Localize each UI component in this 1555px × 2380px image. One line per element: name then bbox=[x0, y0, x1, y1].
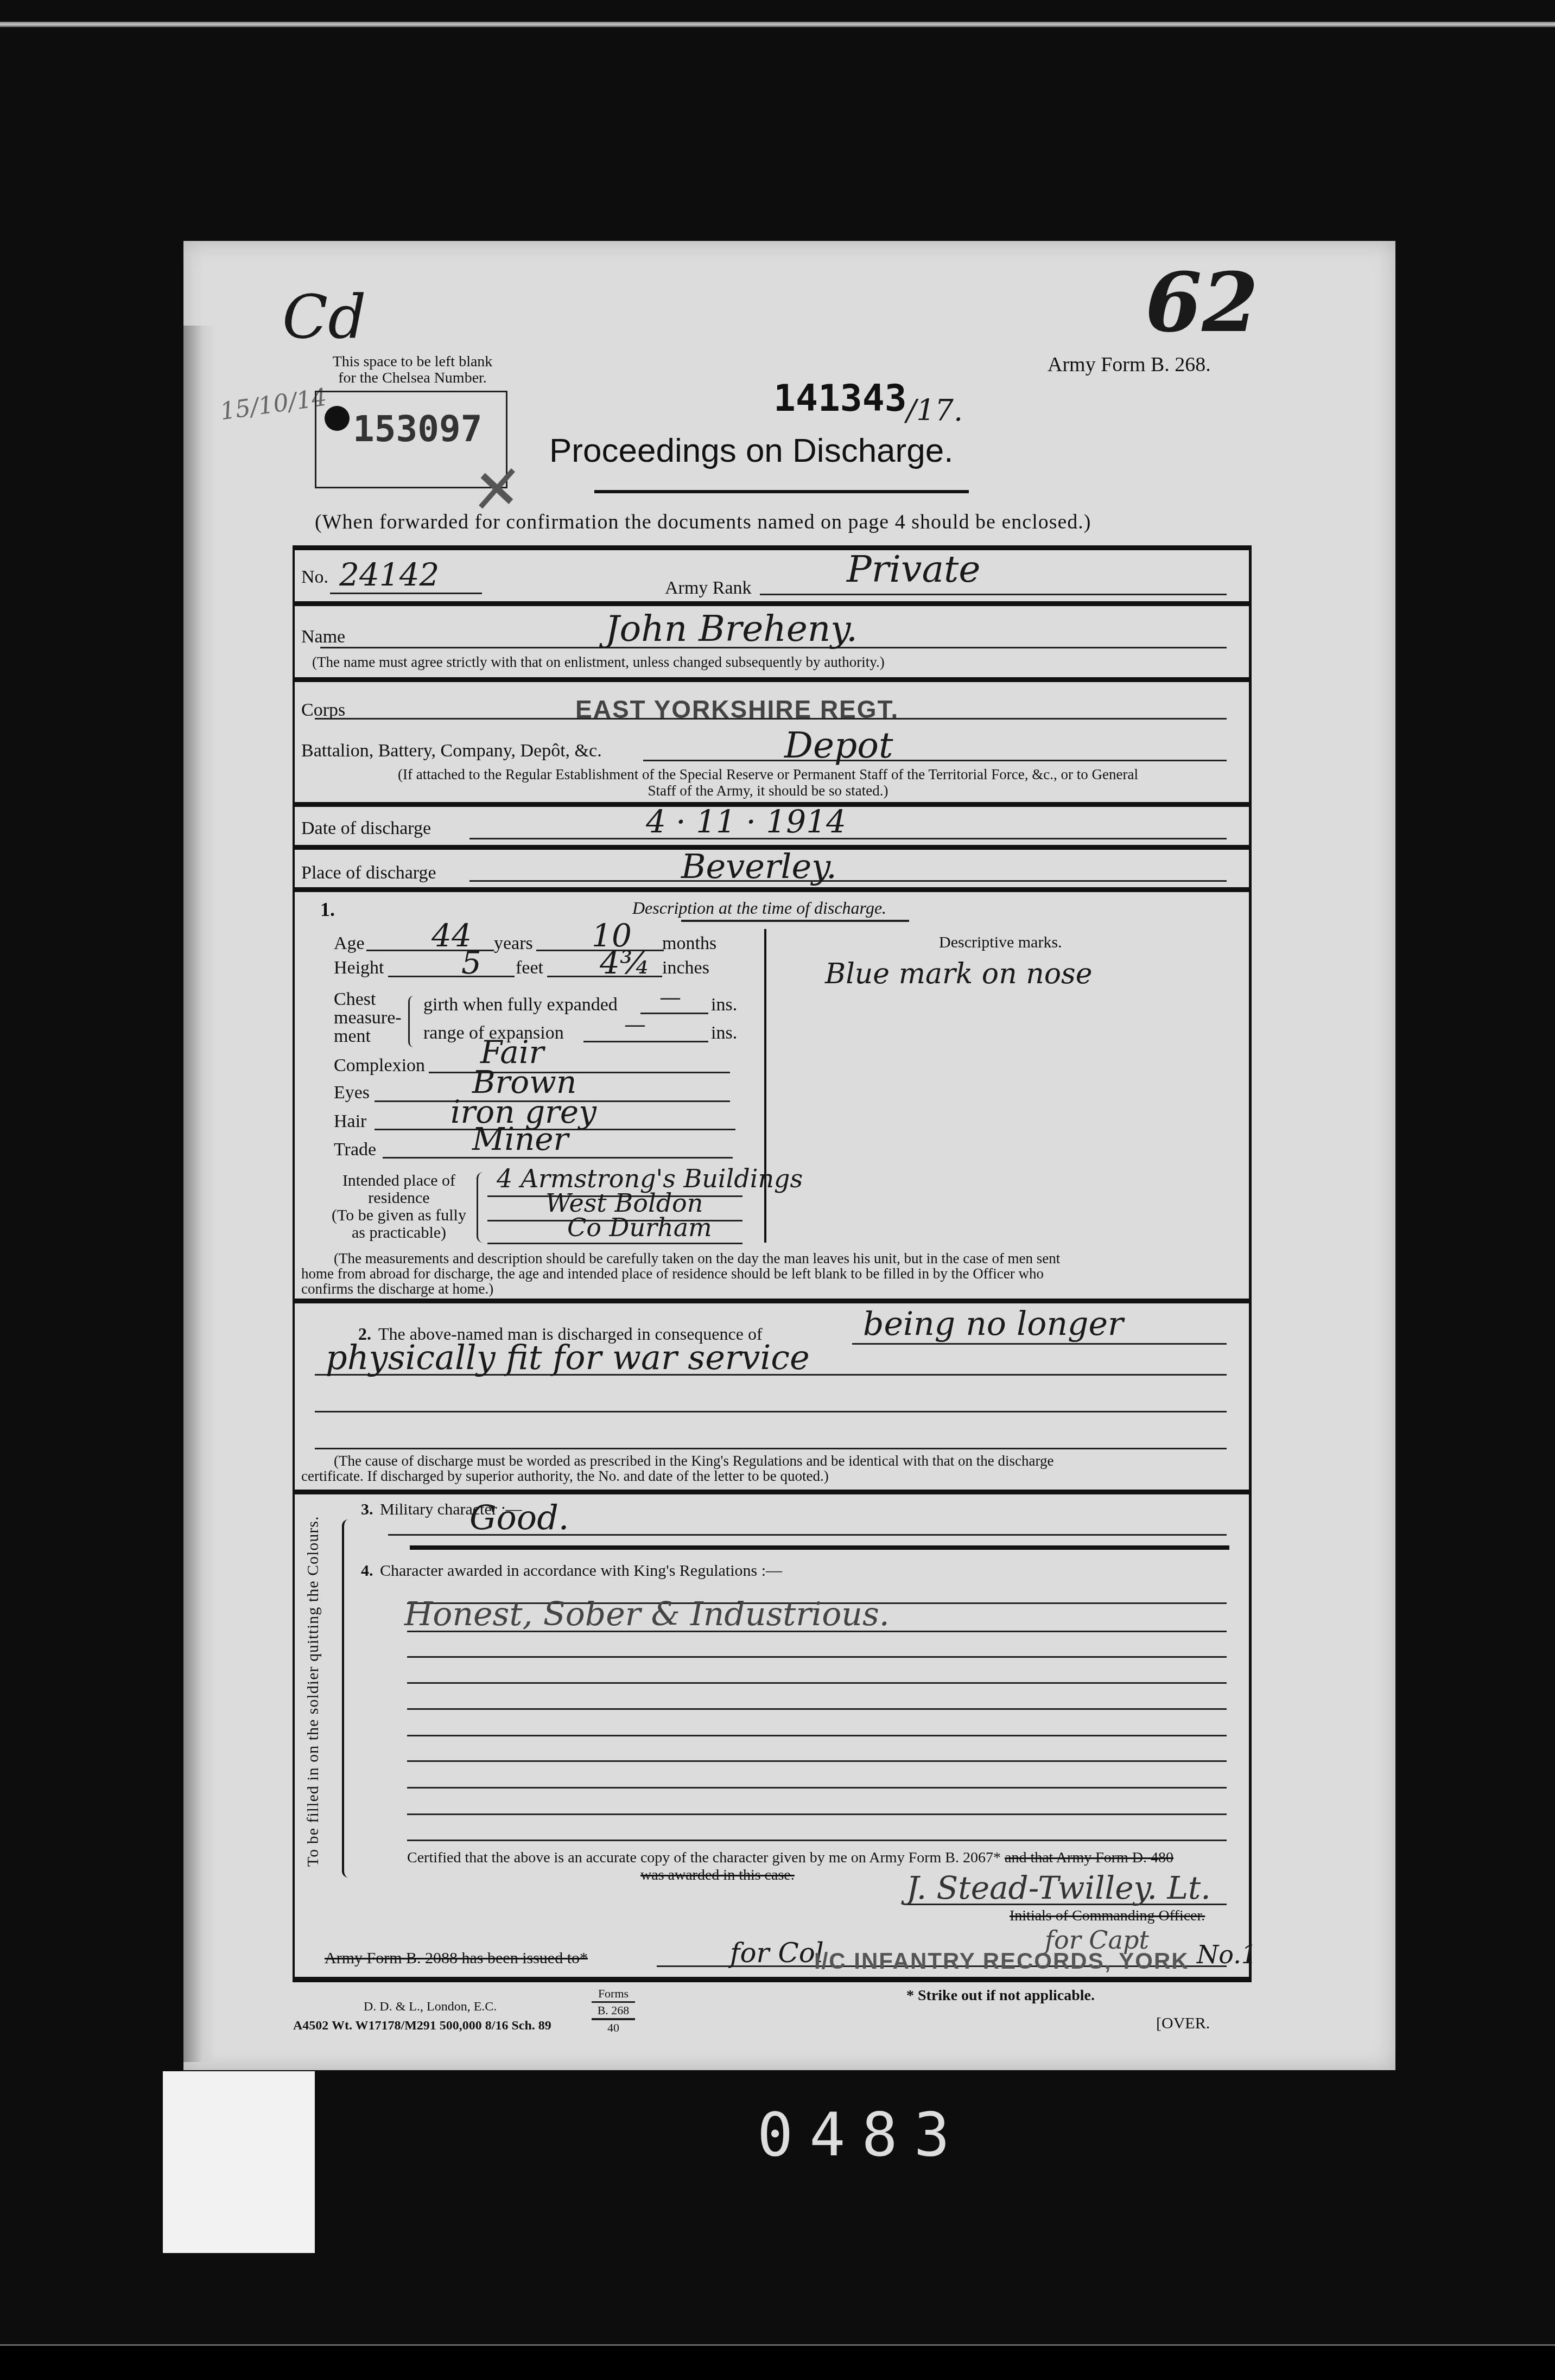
film-edge bbox=[0, 22, 1555, 27]
girth-line bbox=[640, 1013, 708, 1014]
cause-value-1[interactable]: being no longer bbox=[863, 1305, 1124, 1343]
chest-label: Chest measure- ment bbox=[334, 990, 402, 1046]
b2088-label: Army Form B. 2088 has been issued to* bbox=[325, 1949, 588, 1968]
chelsea-number: 153097 bbox=[353, 408, 482, 450]
section-1-number: 1. bbox=[320, 898, 335, 921]
chelsea-note-line: This space to be left blank bbox=[315, 354, 510, 370]
residence-line-2: West Boldon bbox=[497, 1191, 803, 1216]
section-rule bbox=[293, 545, 1252, 550]
section-rule bbox=[410, 1545, 1229, 1550]
chelsea-note-line: for the Chelsea Number. bbox=[315, 370, 510, 386]
complexion-label: Complexion bbox=[334, 1055, 425, 1076]
officer-signature[interactable]: J. Stead-Twilley. Lt. bbox=[906, 1869, 1211, 1906]
hair-label: Hair bbox=[334, 1111, 366, 1132]
measurements-note-line: confirms the discharge at home.) bbox=[301, 1281, 1235, 1296]
character-line bbox=[407, 1708, 1227, 1710]
height-inches[interactable]: 4¾ bbox=[600, 944, 650, 981]
section-rule bbox=[293, 1299, 1252, 1303]
inches-label: inches bbox=[662, 958, 709, 978]
battalion-label: Battalion, Battery, Company, Depôt, &c. bbox=[301, 741, 602, 761]
date-line bbox=[469, 838, 1227, 839]
chest-label-line: Chest bbox=[334, 990, 402, 1009]
rank-label: Army Rank bbox=[665, 578, 752, 599]
printer-imprint: D. D. & L., London, E.C. bbox=[364, 2000, 497, 2014]
height-label: Height bbox=[334, 958, 384, 978]
heading-rule bbox=[681, 920, 909, 922]
film-bottom-edge bbox=[0, 2344, 1555, 2380]
cause-note-line: certificate. If discharged by superior a… bbox=[301, 1468, 1235, 1484]
no-label: No. bbox=[301, 567, 328, 588]
forms-reference: Forms B. 268 40 bbox=[592, 1986, 635, 2035]
certified-struck-clause-2: was awarded in this case. bbox=[640, 1867, 795, 1884]
forms-label: Forms bbox=[592, 1986, 635, 2003]
for-col: for Col bbox=[730, 1937, 824, 1969]
height-feet-line bbox=[388, 976, 515, 977]
forms-number: B. 268 bbox=[592, 2003, 635, 2020]
residence-value[interactable]: 4 Armstrong's Buildings West Boldon Co D… bbox=[497, 1167, 803, 1240]
title-rule bbox=[594, 490, 969, 493]
chest-label-line: ment bbox=[334, 1027, 402, 1046]
army-rank[interactable]: Private bbox=[847, 548, 981, 591]
character-line bbox=[407, 1656, 1227, 1658]
character-brace bbox=[342, 1519, 352, 1878]
trade-value[interactable]: Miner bbox=[472, 1121, 568, 1157]
character-line bbox=[407, 1631, 1227, 1632]
eyes-label: Eyes bbox=[334, 1083, 370, 1103]
certified-statement: Certified that the above is an accurate … bbox=[407, 1849, 1001, 1866]
residence-label-line: as practicable) bbox=[318, 1224, 480, 1242]
battalion-note: (If attached to the Regular Establishmen… bbox=[301, 766, 1235, 799]
character-awarded[interactable]: Honest, Sober & Industrious. bbox=[404, 1595, 890, 1633]
girth-label: girth when fully expanded bbox=[423, 995, 618, 1015]
forms-sub: 40 bbox=[592, 2020, 635, 2035]
section-rule bbox=[293, 677, 1252, 682]
years-label: years bbox=[494, 933, 533, 954]
print-code: A4502 Wt. W17178/M291 500,000 8/16 Sch. … bbox=[293, 2019, 551, 2033]
battalion-note-line: Staff of the Army, it should be so state… bbox=[301, 782, 1235, 799]
certified-text: Certified that the above is an accurate … bbox=[407, 1849, 1173, 1867]
white-card bbox=[163, 2071, 315, 2253]
cause-line bbox=[852, 1343, 1227, 1345]
residence-label-line: Intended place of bbox=[318, 1172, 480, 1189]
discharge-date[interactable]: 4 · 11 · 1914 bbox=[646, 803, 846, 840]
residence-line bbox=[487, 1243, 742, 1244]
battalion-value[interactable]: Depot bbox=[784, 724, 893, 766]
residence-brace bbox=[477, 1172, 485, 1243]
character-line bbox=[407, 1813, 1227, 1815]
section-rule bbox=[293, 601, 1252, 606]
torn-paper-edge bbox=[183, 326, 216, 2062]
corps-stamp[interactable]: EAST YORKSHIRE REGT. bbox=[575, 695, 899, 724]
description-heading: Description at the time of discharge. bbox=[632, 898, 886, 918]
battalion-line bbox=[643, 760, 1227, 761]
months-label: months bbox=[662, 933, 716, 954]
battalion-note-line: (If attached to the Regular Establishmen… bbox=[301, 766, 1235, 782]
chest-brace bbox=[408, 996, 415, 1047]
place-line bbox=[469, 880, 1227, 882]
range-value[interactable]: — bbox=[624, 1012, 646, 1037]
soldier-name[interactable]: John Breheny. bbox=[605, 608, 858, 650]
certified-struck-clause: and that Army Form D. 480 bbox=[1005, 1849, 1173, 1866]
residence-label-line: residence bbox=[318, 1189, 480, 1207]
forwarding-instruction: (When forwarded for confirmation the doc… bbox=[315, 510, 1091, 534]
page-title: Proceedings on Discharge. bbox=[549, 431, 953, 470]
records-suffix: No.1 bbox=[1197, 1940, 1257, 1969]
residence-line-1: 4 Armstrong's Buildings bbox=[497, 1167, 803, 1191]
measurements-note-line: home from abroad for discharge, the age … bbox=[301, 1266, 1235, 1281]
cause-line bbox=[315, 1448, 1227, 1449]
chest-label-line: measure- bbox=[334, 1009, 402, 1027]
height-feet[interactable]: 5 bbox=[461, 944, 481, 981]
descriptive-marks[interactable]: Blue mark on nose bbox=[825, 958, 1092, 990]
top-left-initials: Cd bbox=[282, 282, 366, 352]
discharge-place[interactable]: Beverley. bbox=[681, 847, 837, 886]
section-rule bbox=[293, 1490, 1252, 1494]
reference-suffix: /17. bbox=[906, 393, 963, 428]
character-line bbox=[407, 1735, 1227, 1736]
character-line bbox=[407, 1787, 1227, 1789]
over-marker: [OVER. bbox=[1156, 2014, 1210, 2033]
top-right-number: 62 bbox=[1145, 255, 1259, 351]
date-label: Date of discharge bbox=[301, 818, 431, 839]
age-label: Age bbox=[334, 933, 365, 954]
chelsea-note: This space to be left blank for the Chel… bbox=[315, 354, 510, 386]
girth-value[interactable]: — bbox=[659, 985, 681, 1010]
character-line bbox=[407, 1760, 1227, 1762]
film-frame-number: 0483 bbox=[757, 2100, 966, 2169]
residence-line-3: Co Durham bbox=[497, 1216, 803, 1240]
place-label: Place of discharge bbox=[301, 863, 436, 883]
rank-line bbox=[760, 594, 1227, 595]
residence-label: Intended place of residence (To be given… bbox=[318, 1172, 480, 1242]
character-line bbox=[407, 1682, 1227, 1684]
initials-label: Initials of Commanding Officer. bbox=[1010, 1907, 1205, 1925]
trade-label: Trade bbox=[334, 1140, 376, 1160]
character-awarded-label: Character awarded in accordance with Kin… bbox=[380, 1562, 782, 1580]
measurements-note-line: (The measurements and description should… bbox=[301, 1251, 1235, 1266]
cause-line bbox=[315, 1411, 1227, 1412]
form-id: Army Form B. 268. bbox=[1048, 353, 1211, 377]
girth-ins-label: ins. bbox=[711, 995, 737, 1015]
range-line bbox=[583, 1041, 708, 1042]
section-4-number: 4. bbox=[361, 1562, 373, 1580]
residence-label-line: (To be given as fully bbox=[318, 1207, 480, 1224]
cause-note-line: (The cause of discharge must be worded a… bbox=[301, 1453, 1235, 1468]
section-rule bbox=[293, 887, 1252, 892]
name-note: (The name must agree strictly with that … bbox=[312, 654, 885, 671]
section-3-number: 3. bbox=[361, 1500, 373, 1519]
marks-label: Descriptive marks. bbox=[939, 933, 1062, 952]
range-ins-label: ins. bbox=[711, 1023, 737, 1043]
cause-value-2[interactable]: physically fit for war service bbox=[326, 1338, 810, 1377]
records-stamp: I/C INFANTRY RECORDS, YORK bbox=[814, 1948, 1189, 1974]
service-number[interactable]: 24142 bbox=[339, 556, 440, 593]
section-rule bbox=[293, 1977, 1252, 1982]
ink-dot bbox=[325, 406, 350, 431]
strike-note: * Strike out if not applicable. bbox=[906, 1987, 1095, 2004]
character-line bbox=[407, 1840, 1227, 1841]
cause-note: (The cause of discharge must be worded a… bbox=[301, 1453, 1235, 1484]
colours-side-note: To be filled in on the soldier quitting … bbox=[304, 1516, 322, 1867]
measurements-note: (The measurements and description should… bbox=[301, 1251, 1235, 1296]
military-character[interactable]: Good. bbox=[469, 1498, 569, 1537]
reference-number: 141343 bbox=[773, 377, 907, 420]
name-label: Name bbox=[301, 627, 345, 647]
feet-label: feet bbox=[516, 958, 543, 978]
